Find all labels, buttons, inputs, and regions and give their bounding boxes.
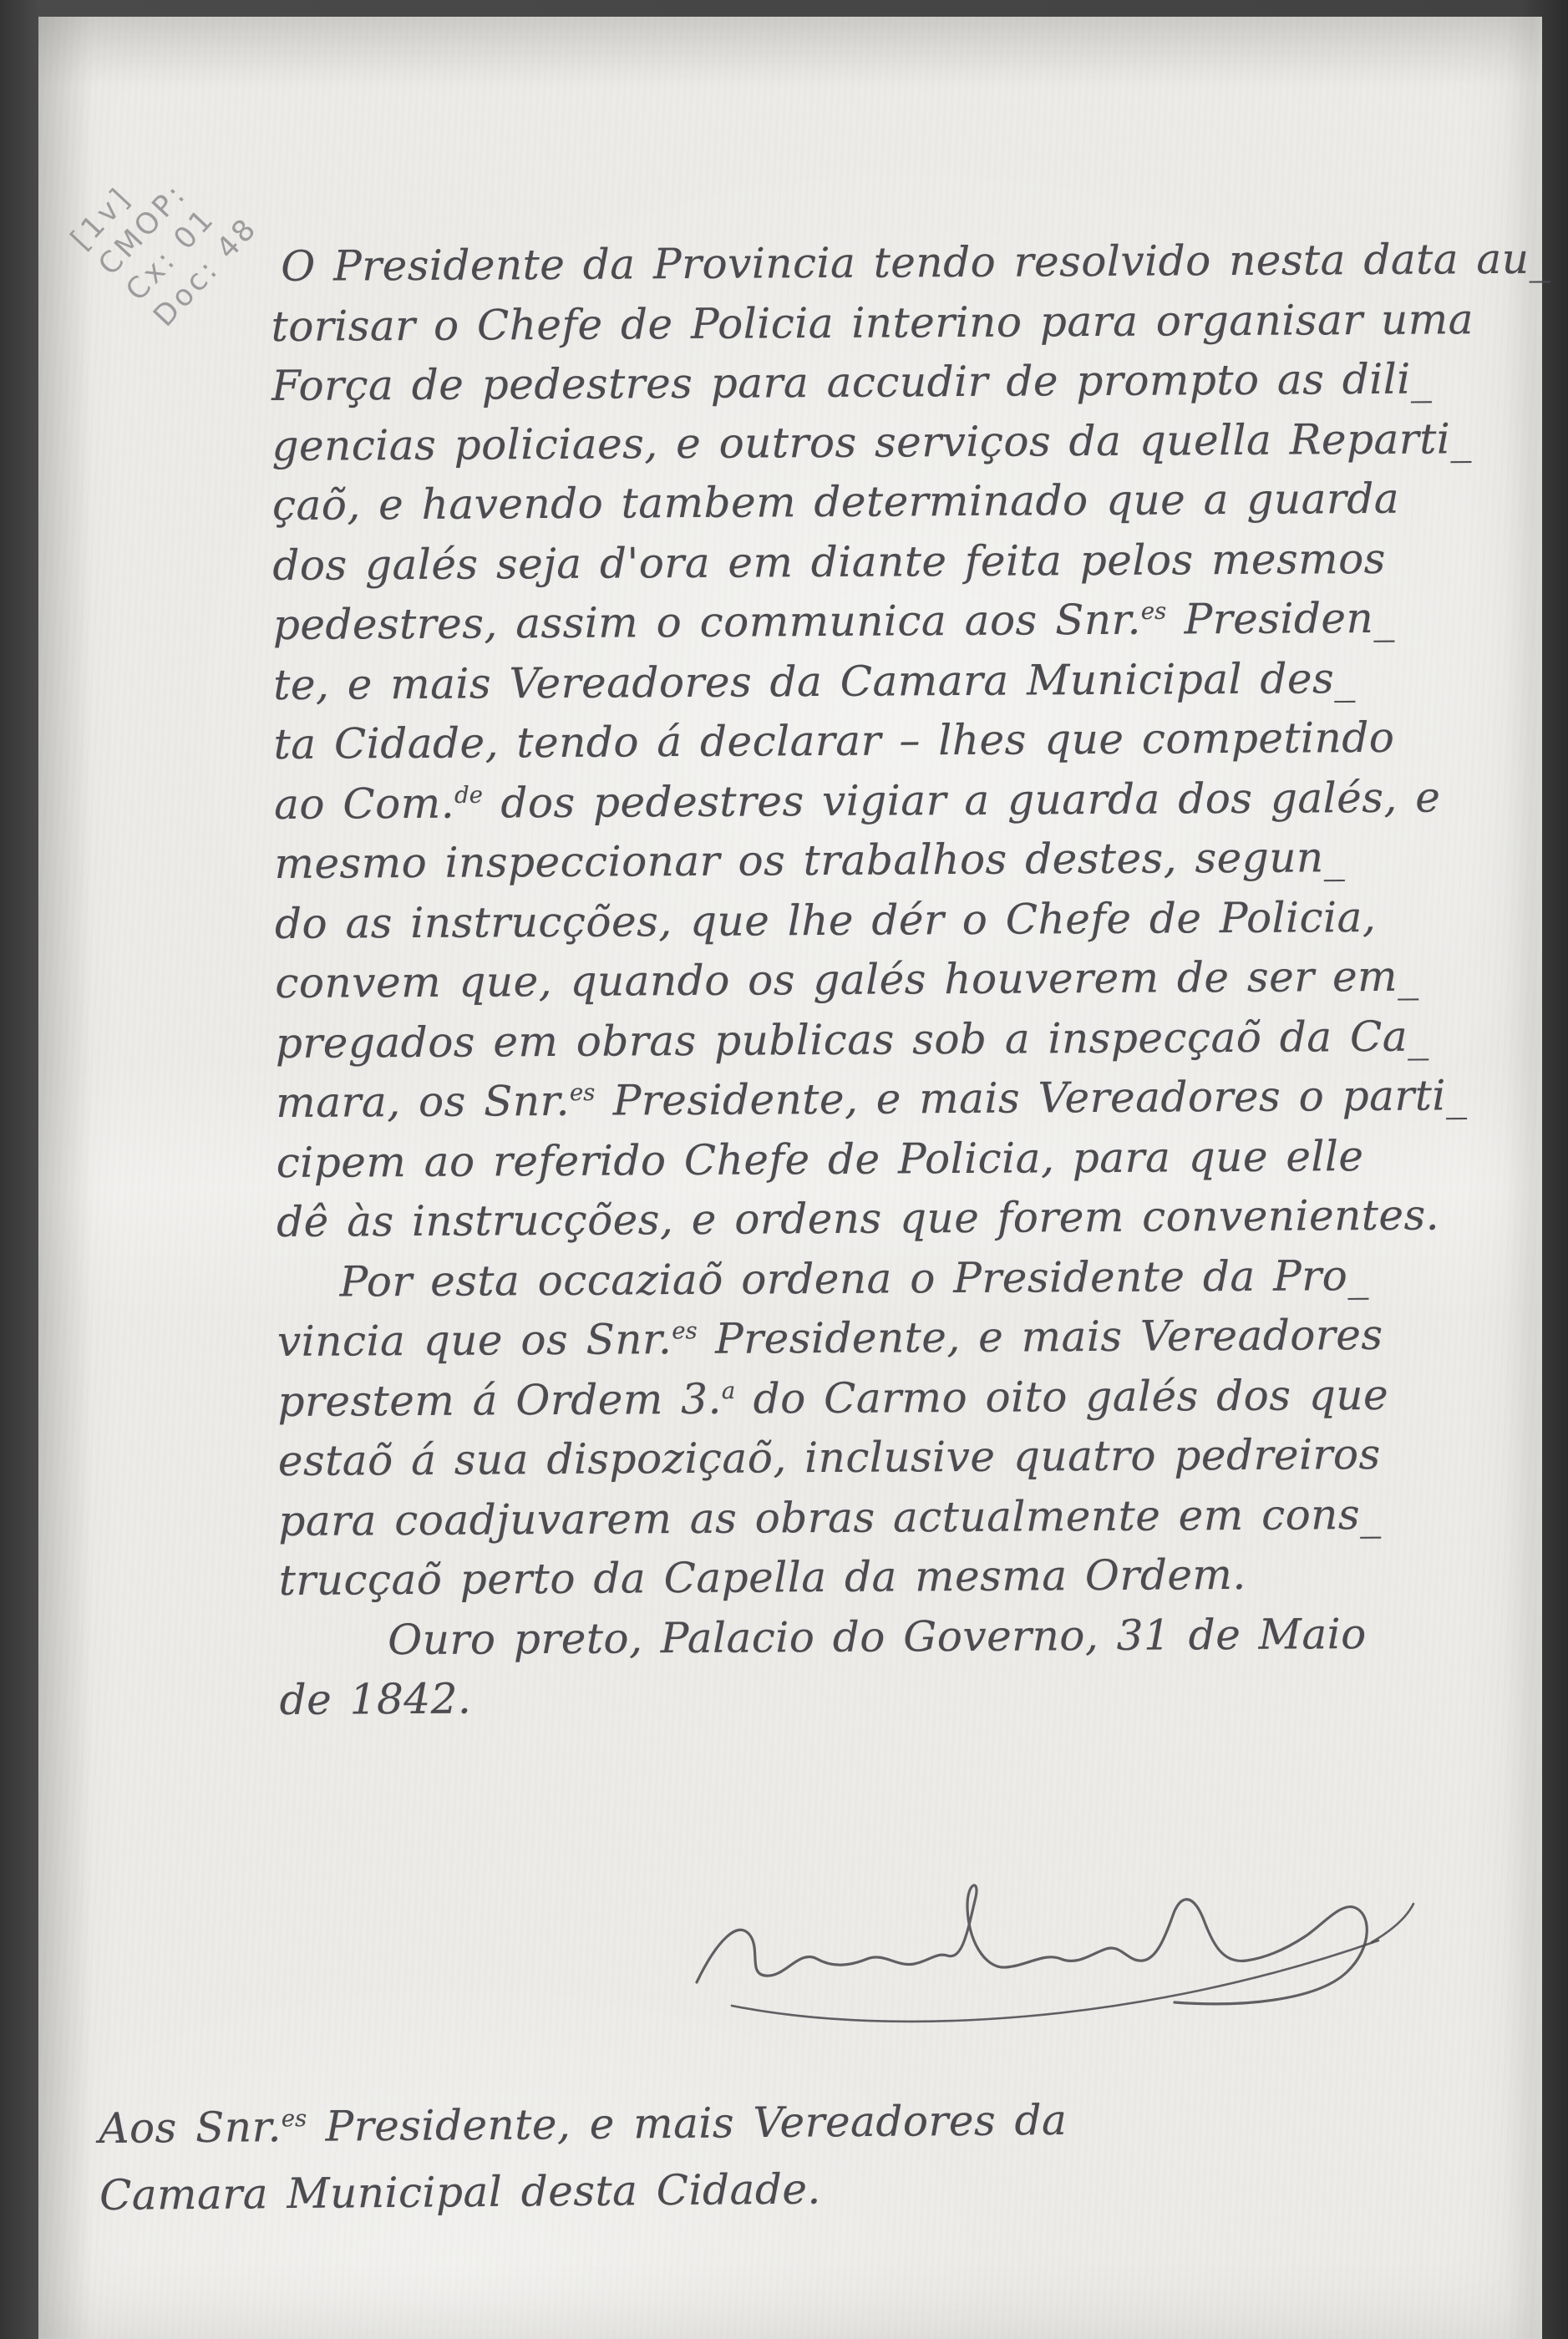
manuscript-line: Força de pedestres para accudir de promp… bbox=[271, 349, 1551, 417]
manuscript-line: Por esta occaziaõ ordena o Presidente da… bbox=[277, 1245, 1556, 1312]
superscript-abbreviation: de bbox=[454, 781, 483, 808]
paper-sheet: [1v]CMOP:Cx: 01Doc: 48 O Presidente da P… bbox=[38, 17, 1542, 2339]
line-text: ao Com. bbox=[274, 779, 454, 828]
line-text: dos pedestres vigiar a guarda dos galés,… bbox=[483, 773, 1441, 827]
line-text: para coadjuvarem as obras actualmente em… bbox=[278, 1489, 1382, 1545]
line-text: torisar o Chefe de Policia interino para… bbox=[271, 295, 1474, 351]
signature-end-flourish bbox=[1372, 1904, 1413, 1942]
address-block: Aos Snr.es Presidente, e mais Vereadores… bbox=[99, 2087, 1068, 2229]
scan-background: [1v]CMOP:Cx: 01Doc: 48 O Presidente da P… bbox=[0, 0, 1568, 2339]
line-text: pedestres, assim o communica aos Snr. bbox=[273, 596, 1141, 649]
line-text: Ouro preto, Palacio do Governo, 31 de Ma… bbox=[388, 1610, 1367, 1664]
line-text: Presidente, e mais Vereadores bbox=[698, 1311, 1383, 1363]
line-text: O Presidente da Provincia tendo resolvid… bbox=[281, 235, 1550, 291]
address-line: Camara Municipal desta Cidade. bbox=[99, 2154, 1068, 2229]
archival-note: [1v]CMOP:Cx: 01Doc: 48 bbox=[63, 133, 266, 335]
manuscript-line: vincia que os Snr.es Presidente, e mais … bbox=[277, 1305, 1557, 1372]
signature-stroke bbox=[697, 1885, 1367, 2004]
manuscript-line: gencias policiaes, e outros serviços da … bbox=[271, 408, 1551, 476]
manuscript-line: convem que, quando os galés houverem de … bbox=[275, 946, 1555, 1014]
manuscript-line: torisar o Chefe de Policia interino para… bbox=[271, 289, 1550, 357]
line-text: de 1842. bbox=[280, 1675, 472, 1724]
line-text: pregados em obras publicas sob a inspecç… bbox=[276, 1012, 1429, 1067]
line-text: Por esta occaziaõ ordena o Presidente da… bbox=[339, 1251, 1368, 1306]
manuscript-line: Ouro preto, Palacio do Governo, 31 de Ma… bbox=[279, 1603, 1559, 1671]
manuscript-line: para coadjuvarem as obras actualmente em… bbox=[278, 1484, 1558, 1551]
manuscript-line: te, e mais Vereadores da Camara Municipa… bbox=[273, 647, 1553, 715]
line-text: estaõ á sua dispoziçaõ, inclusive quatro… bbox=[278, 1430, 1381, 1485]
line-text: trucçaõ perto da Capella da mesma Ordem. bbox=[279, 1550, 1246, 1605]
line-text: Aos Snr. bbox=[99, 2103, 282, 2153]
manuscript-line: O Presidente da Provincia tendo resolvid… bbox=[271, 230, 1550, 297]
manuscript-line: pregados em obras publicas sob a inspecç… bbox=[276, 1006, 1555, 1073]
line-text: cipem ao referido Chefe de Policia, para… bbox=[277, 1132, 1364, 1187]
manuscript-line: mara, os Snr.es Presidente, e mais Verea… bbox=[276, 1066, 1555, 1134]
manuscript-line: çaõ, e havendo tambem determinado que a … bbox=[272, 469, 1552, 536]
line-text: do as instrucções, que lhe dér o Chefe d… bbox=[275, 892, 1377, 947]
manuscript-line: de 1842. bbox=[279, 1663, 1559, 1731]
manuscript-line: trucçaõ perto da Capella da mesma Ordem. bbox=[279, 1544, 1559, 1611]
line-text: dê às instrucções, e ordens que forem co… bbox=[277, 1190, 1439, 1246]
signature-underline-flourish bbox=[732, 1941, 1378, 2022]
superscript-abbreviation: es bbox=[1141, 598, 1167, 625]
line-text: Presidente, e mais Vereadores o parti_ bbox=[595, 1071, 1467, 1124]
line-text: Presiden_ bbox=[1166, 594, 1395, 644]
line-text: Presidente, e mais Vereadores da bbox=[307, 2096, 1068, 2151]
manuscript-line: dos galés seja d'ora em diante feita pel… bbox=[272, 528, 1552, 596]
manuscript-line: dê às instrucções, e ordens que forem co… bbox=[277, 1185, 1556, 1253]
manuscript-body: O Presidente da Provincia tendo resolvid… bbox=[271, 230, 1560, 1731]
address-line: Aos Snr.es Presidente, e mais Vereadores… bbox=[99, 2087, 1068, 2162]
manuscript-line: cipem ao referido Chefe de Policia, para… bbox=[277, 1125, 1556, 1193]
line-text: Camara Municipal desta Cidade. bbox=[99, 2164, 821, 2220]
manuscript-line: do as instrucções, que lhe dér o Chefe d… bbox=[275, 886, 1555, 954]
line-text: mesmo inspeccionar os trabalhos destes, … bbox=[274, 833, 1345, 888]
line-text: çaõ, e havendo tambem determinado que a … bbox=[272, 474, 1400, 530]
line-text: vincia que os Snr. bbox=[277, 1315, 672, 1366]
line-text: dos galés seja d'ora em diante feita pel… bbox=[272, 534, 1386, 589]
signature-flourish bbox=[673, 1842, 1442, 2042]
superscript-abbreviation: a bbox=[722, 1377, 736, 1403]
manuscript-line: estaõ á sua dispoziçaõ, inclusive quatro… bbox=[278, 1424, 1558, 1492]
manuscript-line: ao Com.de dos pedestres vigiar a guarda … bbox=[274, 767, 1554, 835]
manuscript-line: ta Cidade, tendo á declarar – lhes que c… bbox=[273, 708, 1553, 775]
line-text: do Carmo oito galés dos que bbox=[735, 1370, 1388, 1423]
line-text: gencias policiaes, e outros serviços da … bbox=[271, 414, 1472, 470]
manuscript-line: mesmo inspeccionar os trabalhos destes, … bbox=[274, 827, 1554, 895]
manuscript-line: prestem á Ordem 3.a do Carmo oito galés … bbox=[277, 1364, 1557, 1432]
line-text: convem que, quando os galés houverem de … bbox=[275, 952, 1418, 1007]
manuscript-line: pedestres, assim o communica aos Snr.es … bbox=[273, 588, 1553, 656]
superscript-abbreviation: es bbox=[570, 1079, 596, 1106]
line-text: prestem á Ordem 3. bbox=[277, 1374, 722, 1425]
line-text: te, e mais Vereadores da Camara Municipa… bbox=[273, 654, 1356, 709]
superscript-abbreviation: es bbox=[672, 1317, 698, 1344]
line-text: mara, os Snr. bbox=[276, 1077, 570, 1127]
line-text: Força de pedestres para accudir de promp… bbox=[271, 355, 1433, 410]
superscript-abbreviation: es bbox=[282, 2105, 307, 2132]
line-text: ta Cidade, tendo á declarar – lhes que c… bbox=[274, 713, 1395, 769]
